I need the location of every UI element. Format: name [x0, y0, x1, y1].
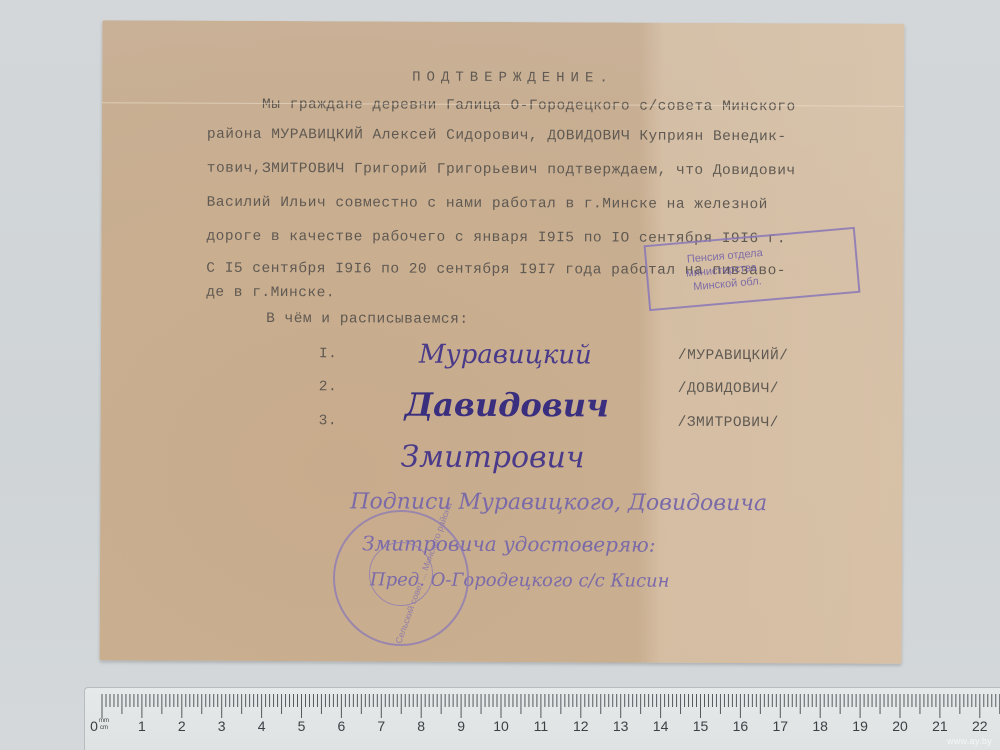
- ruler-label: 17: [773, 718, 789, 734]
- watermark: www.ay.by: [947, 736, 992, 746]
- ruler-label: 12: [573, 718, 589, 734]
- ruler-label: 20: [892, 718, 908, 734]
- ruler-label: 2: [178, 718, 186, 734]
- ruler-zero-label: 0: [90, 718, 98, 734]
- ruler-label: 18: [812, 718, 828, 734]
- signature-1: Муравицкий: [419, 340, 592, 371]
- ruler-label: 1: [138, 718, 146, 734]
- signatory-number-1: I.: [319, 346, 337, 362]
- ruler-label: 9: [457, 718, 465, 734]
- ruler-unit-label: mm cm: [99, 718, 109, 732]
- ruler-ticks: [85, 688, 1000, 718]
- measuring-ruler: 0 mm cm 12345678910111213141516171819202…: [84, 687, 1000, 750]
- ruler-label: 6: [337, 718, 345, 734]
- ruler-unit-cm: cm: [99, 725, 109, 732]
- ruler-label: 16: [733, 718, 749, 734]
- round-seal: Сельский совет ... Минского района: [333, 510, 469, 646]
- signatory-name-1: /МУРАВИЦКИЙ/: [678, 348, 788, 364]
- ruler-label: 19: [852, 718, 868, 734]
- ruler-label: 10: [493, 718, 509, 734]
- ruler-label: 15: [693, 718, 709, 734]
- ruler-label: 3: [218, 718, 226, 734]
- ruler-label: 22: [972, 718, 988, 734]
- body-line-7: де в г.Минске.: [206, 285, 335, 302]
- ruler-label: 7: [377, 718, 385, 734]
- ruler-label: 8: [417, 718, 425, 734]
- signatory-number-3: 3.: [319, 413, 337, 429]
- signature-2: Давидович: [405, 386, 609, 425]
- body-line-1: Мы граждане деревни Галица О-Городецкого…: [262, 97, 796, 115]
- ruler-label: 13: [613, 718, 629, 734]
- signature-3: Змитрович: [400, 440, 584, 476]
- ruler-label: 14: [653, 718, 669, 734]
- ruler-label: 5: [298, 718, 306, 734]
- signatory-name-2: /ДОВИДОВИЧ/: [678, 381, 779, 397]
- body-line-2: района МУРАВИЦКИЙ Алексей Сидорович, ДОВ…: [207, 127, 787, 146]
- body-line-4: Василий Ильич совместно с нами работал в…: [207, 195, 768, 213]
- ruler-label: 11: [534, 718, 549, 734]
- sign-intro: В чём и расписываемся:: [266, 311, 469, 328]
- ruler-label: 21: [932, 718, 948, 734]
- document-title: ПОДТВЕРЖДЕНИЕ.: [412, 70, 614, 87]
- ruler-unit-mm: mm: [99, 718, 109, 725]
- signatory-number-2: 2.: [319, 379, 337, 395]
- ruler-label: 4: [258, 718, 266, 734]
- document-paper: ПОДТВЕРЖДЕНИЕ. Мы граждане деревни Галиц…: [100, 20, 905, 663]
- body-line-3: тович,ЗМИТРОВИЧ Григорий Григорьевич под…: [207, 161, 796, 180]
- signatory-name-3: /ЗМИТРОВИЧ/: [678, 415, 779, 431]
